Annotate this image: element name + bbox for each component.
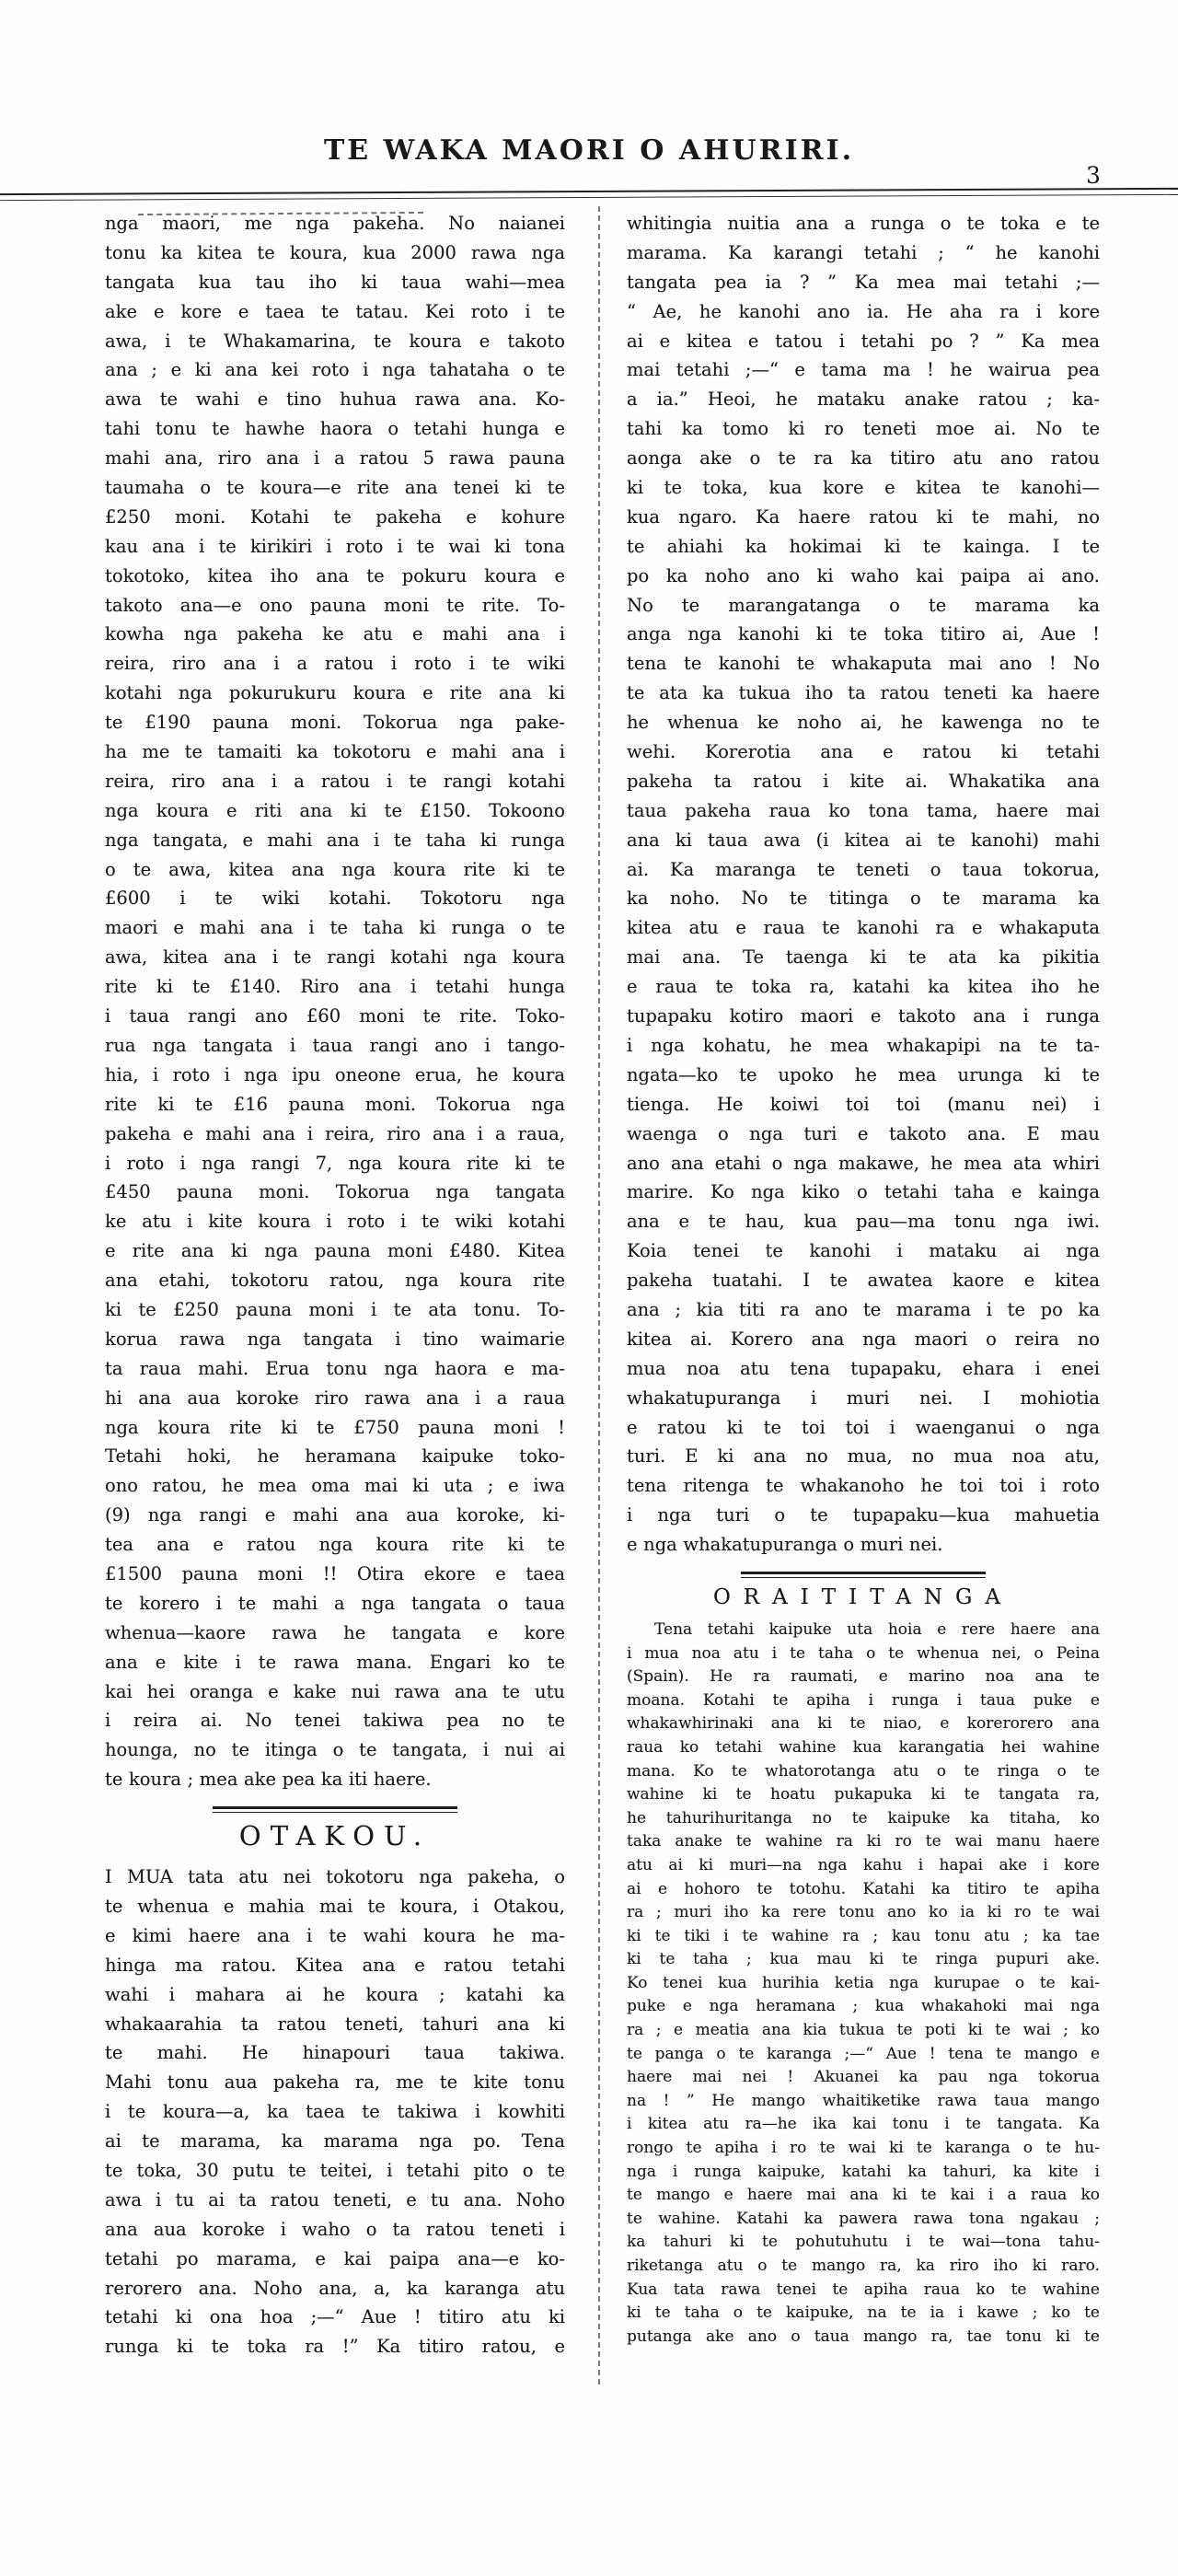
text-line: te korero i te mahi a nga tangata o taua xyxy=(105,1589,565,1619)
text-line: anga nga kanohi ki te toka titiro ai, Au… xyxy=(627,620,1100,649)
text-line: i reira ai. No tenei takiwa pea no te xyxy=(105,1706,565,1735)
text-line: “ Ae, he kanohi ano ia. He aha ra i kore xyxy=(627,297,1100,327)
text-line: kau ana i te kirikiri i roto i te wai ki… xyxy=(105,532,565,562)
text-line: ana aua koroke i waho o ta ratou teneti … xyxy=(105,2215,565,2245)
text-line: hounga, no te itinga o te tangata, i nui… xyxy=(105,1735,565,1765)
right-column: whitingia nuitia ana a runga o te toka e… xyxy=(627,209,1100,2349)
text-line: (9) nga rangi e mahi ana aua koroke, ki- xyxy=(105,1501,565,1530)
text-line: ka noho. No te titinga o te marama ka xyxy=(627,884,1100,913)
text-line: marire. Ko nga kiko o tetahi taha e kain… xyxy=(627,1178,1100,1207)
text-line: raua ko tetahi wahine kua karangatia hei… xyxy=(627,1736,1100,1760)
text-line: tena ritenga te whakanoho he toi toi i r… xyxy=(627,1471,1100,1501)
text-line: nga koura e riti ana ki te £150. Tokoono xyxy=(105,796,565,826)
text-line: ki te tiki i te wahine ra ; kau tonu atu… xyxy=(627,1925,1100,1949)
text-line: ngata—ko te upoko he mea urunga ki te xyxy=(627,1061,1100,1090)
text-line: ana e kite i te rawa mana. Engari ko te xyxy=(105,1648,565,1677)
text-line: ana etahi, tokotoru ratou, nga koura rit… xyxy=(105,1266,565,1295)
section-heading-otakou: OTAKOU. xyxy=(105,1820,565,1851)
text-line: nga koura rite ki te £750 pauna moni ! xyxy=(105,1413,565,1443)
text-line: nga i runga kaipuke, katahi ka tahuri, k… xyxy=(627,2161,1100,2185)
text-line: ki te taha o te kaipuke, na te ia i kawe… xyxy=(627,2302,1100,2326)
text-line: te mahi. He hinapouri taua takiwa. xyxy=(105,2038,565,2068)
newspaper-masthead: TE WAKA MAORI O AHURIRI. xyxy=(0,134,1178,167)
text-line: ke atu i kite koura i roto i te wiki kot… xyxy=(105,1207,565,1236)
text-line: awa, i te Whakamarina, te koura e takoto xyxy=(105,327,565,356)
text-line: aonga ake o te ra ka titiro atu ano rato… xyxy=(627,444,1100,473)
text-line: ake e kore e taea te tatau. Kei roto i t… xyxy=(105,297,565,327)
section-heading-oraititanga: ORAITITANGA xyxy=(627,1585,1100,1609)
text-line: pakeha tuatahi. I te awatea kaore e kite… xyxy=(627,1266,1100,1295)
text-line: ra ; muri iho ka rere tonu ano ko ia ki … xyxy=(627,1901,1100,1925)
text-line: ka tahuri ki te pohutuhutu i te wai—tona… xyxy=(627,2231,1100,2255)
gold-diggings-article: nga maori, me nga pakeha. No naianeitonu… xyxy=(105,209,565,1794)
section-divider-rule xyxy=(213,1806,457,1813)
text-line: te £190 pauna moni. Tokorua nga pake- xyxy=(105,708,565,737)
text-line: tienga. He koiwi toi toi (manu nei) i xyxy=(627,1090,1100,1120)
text-line: whakawhirinaki ana ki te niao, e koreror… xyxy=(627,1712,1100,1736)
text-line: £1500 pauna moni !! Otira ekore e taea xyxy=(105,1560,565,1589)
text-line: whakatupuranga i muri nei. I mohiotia xyxy=(627,1384,1100,1413)
text-line: korua rawa nga tangata i tino waimarie xyxy=(105,1325,565,1354)
text-line: e nga whakatupuranga o muri nei. xyxy=(627,1530,1100,1560)
text-line: i mua noa atu i te taha o te whenua nei,… xyxy=(627,1642,1100,1666)
text-line: moana. Kotahi te apiha i runga i taua pu… xyxy=(627,1689,1100,1713)
newspaper-page: { "page": { "masthead": "TE WAKA MAORI O… xyxy=(0,0,1178,2576)
text-line: ra ; e meatia ana kia tukua te poti ki t… xyxy=(627,2019,1100,2043)
text-line: tonu ka kitea te koura, kua 2000 rawa ng… xyxy=(105,238,565,268)
text-line: whenua—kaore rawa he tangata e kore xyxy=(105,1619,565,1648)
text-line: tupapaku kotiro maori e takoto ana i run… xyxy=(627,1002,1100,1031)
oraititanga-article: Tena tetahi kaipuke uta hoia e rere haer… xyxy=(627,1619,1100,2349)
text-line: kitea ai. Korero ana nga maori o reira n… xyxy=(627,1325,1100,1354)
text-line: o te awa, kitea ana nga koura rite ki te xyxy=(105,855,565,885)
text-line: £250 moni. Kotahi te pakeha e kohure xyxy=(105,503,565,532)
text-line: te panga o te karanga ;—“ Aue ! tena te … xyxy=(627,2043,1100,2067)
text-line: ki te toka, kua kore e kitea te kanohi— xyxy=(627,473,1100,503)
text-line: hinga ma ratou. Kitea ana e ratou tetahi xyxy=(105,1951,565,1980)
text-line: tetahi ki ona hoa ;—“ Aue ! titiro atu k… xyxy=(105,2303,565,2332)
text-line: ai e kitea e tatou i tetahi po ? ” Ka me… xyxy=(627,327,1100,356)
text-line: puke e nga heramana ; kua whakahoki mai … xyxy=(627,1995,1100,2019)
text-line: i roto i nga rangi 7, nga koura rite ki … xyxy=(105,1149,565,1178)
text-line: mahi ana, riro ana i a ratou 5 rawa paun… xyxy=(105,444,565,473)
text-line: rua nga tangata i taua rangi ano i tango… xyxy=(105,1031,565,1061)
text-line: taka anake te wahine ra ki ro te wai man… xyxy=(627,1830,1100,1854)
text-line: i nga kohatu, he mea whakapipi na te ta- xyxy=(627,1031,1100,1061)
text-line: runga ki te toka ra !” Ka titiro ratou, … xyxy=(105,2332,565,2361)
text-line: marama. Ka karangi tetahi ; “ he kanohi xyxy=(627,238,1100,268)
text-line: ano ana etahi o nga makawe, he mea ata w… xyxy=(627,1149,1100,1178)
text-line: ki te £250 pauna moni i te ata tonu. To- xyxy=(105,1295,565,1325)
text-line: te whenua e mahia mai te koura, i Otakou… xyxy=(105,1892,565,1921)
text-line: ai. Ka maranga te teneti o taua tokorua, xyxy=(627,855,1100,885)
text-line: na ! ” He mango whaitiketike rawa taua m… xyxy=(627,2090,1100,2114)
text-line: e ratou ki te toi toi i waenganui o nga xyxy=(627,1413,1100,1443)
text-line: tahi ka tomo ki ro teneti moe ai. No te xyxy=(627,414,1100,444)
text-line: I MUA tata atu nei tokotoru nga pakeha, … xyxy=(105,1862,565,1892)
text-line: haere mai nei ! Akuanei ka pau nga tokor… xyxy=(627,2066,1100,2090)
text-line: pakeha ta ratou i kite ai. Whakatika ana xyxy=(627,767,1100,796)
text-line: ki te taha ; kua mau ki te ringa pupuri … xyxy=(627,1948,1100,1972)
text-line: awa, kitea ana i te rangi kotahi nga kou… xyxy=(105,943,565,972)
text-line: atu ai ki muri—na nga kahu i hapai ake i… xyxy=(627,1854,1100,1878)
text-line: Ko tenei kua hurihia ketia nga kurupae o… xyxy=(627,1972,1100,1996)
text-line: rongo te apiha i ro te wai ki te karanga… xyxy=(627,2137,1100,2161)
text-line: wahi i mahara ai he koura ; katahi ka xyxy=(105,1980,565,2010)
text-line: ai te marama, ka marama nga po. Tena xyxy=(105,2127,565,2156)
text-line: tangata pea ia ? ” Ka mea mai tetahi ;— xyxy=(627,268,1100,297)
text-line: whitingia nuitia ana a runga o te toka e… xyxy=(627,209,1100,238)
text-line: taua pakeha raua ko tona tama, haere mai xyxy=(627,796,1100,826)
section-divider-rule xyxy=(741,1572,986,1578)
text-line: i taua rangi ano £60 moni te rite. Toko- xyxy=(105,1002,565,1031)
text-line: kai hei oranga e kake nui rawa ana te ut… xyxy=(105,1677,565,1707)
text-line: tetahi po marama, e kai paipa ana—e ko- xyxy=(105,2245,565,2274)
text-line: he whenua ke noho ai, he kawenga no te xyxy=(627,708,1100,737)
ghost-story-article: whitingia nuitia ana a runga o te toka e… xyxy=(627,209,1100,1560)
text-line: rerorero ana. Noho ana, a, ka karanga at… xyxy=(105,2274,565,2303)
text-line: pakeha e mahi ana i reira, riro ana i a … xyxy=(105,1120,565,1149)
text-line: i nga turi o te tupapaku—kua mahuetia xyxy=(627,1501,1100,1530)
text-line: kotahi nga pokurukuru koura e rite ana k… xyxy=(105,679,565,708)
text-line: turi. E ki ana no mua, no mua noa atu, xyxy=(627,1442,1100,1471)
text-line: ana e te hau, kua pau—ma tonu nga iwi. xyxy=(627,1207,1100,1236)
text-line: putanga ake ano o taua mango ra, tae ton… xyxy=(627,2326,1100,2350)
text-line: tangata kua tau iho ki taua wahi—mea xyxy=(105,268,565,297)
text-line: £600 i te wiki kotahi. Tokotoru nga xyxy=(105,884,565,913)
text-line: mua noa atu tena tupapaku, ehara i enei xyxy=(627,1354,1100,1384)
text-line: e kimi haere ana i te wahi koura he ma- xyxy=(105,1921,565,1951)
otakou-article: I MUA tata atu nei tokotoru nga pakeha, … xyxy=(105,1862,565,2361)
column-divider-rule xyxy=(598,206,600,2385)
text-line: hi ana aua koroke riro rawa ana i a raua xyxy=(105,1384,565,1413)
text-line: po ka noho ano ki waho kai paipa ai ano. xyxy=(627,562,1100,591)
text-line: taumaha o te koura—e rite ana tenei ki t… xyxy=(105,473,565,503)
text-line: mai tetahi ;—“ e tama ma ! he wairua pea xyxy=(627,355,1100,385)
text-line: te wahine. Katahi ka pawera rawa tona ng… xyxy=(627,2208,1100,2232)
text-line: mana. Ko te whatorotanga atu o te ringa … xyxy=(627,1760,1100,1784)
text-line: rite ki te £140. Riro ana i tetahi hunga xyxy=(105,972,565,1002)
text-line: maori e mahi ana i te taha ki runga o te xyxy=(105,913,565,943)
text-line: whakaarahia ta ratou teneti, tahuri ana … xyxy=(105,2010,565,2039)
text-line: te ata ka tukua iho ta ratou teneti ka h… xyxy=(627,679,1100,708)
text-line: tea ana e ratou nga koura rite ki te xyxy=(105,1530,565,1560)
text-line: ana ; kia titi ra ano te marama i te po … xyxy=(627,1295,1100,1325)
text-line: e rite ana ki nga pauna moni £480. Kitea xyxy=(105,1236,565,1266)
text-line: a ia.” Heoi, he mataku anake ratou ; ka- xyxy=(627,385,1100,414)
text-line: takoto ana—e ono pauna moni te rite. To- xyxy=(105,591,565,621)
text-line: ana ki taua awa (i kitea ai te kanohi) m… xyxy=(627,826,1100,855)
text-line: wahine ki te hoatu pukapuka ki te tangat… xyxy=(627,1783,1100,1807)
text-line: Tena tetahi kaipuke uta hoia e rere haer… xyxy=(627,1619,1100,1642)
text-line: Koia tenei te kanohi i mataku ai nga xyxy=(627,1236,1100,1266)
text-line: £450 pauna moni. Tokorua nga tangata xyxy=(105,1178,565,1207)
text-line: kowha nga pakeha ke atu e mahi ana i xyxy=(105,620,565,649)
text-line: tokotoko, kitea iho ana te pokuru koura … xyxy=(105,562,565,591)
text-line: wehi. Korerotia ana e ratou ki tetahi xyxy=(627,737,1100,767)
text-line: te koura ; mea ake pea ka iti haere. xyxy=(105,1765,565,1794)
text-line: tena te kanohi te whakaputa mai ano ! No xyxy=(627,649,1100,679)
text-line: hia, i roto i nga ipu oneone erua, he ko… xyxy=(105,1061,565,1090)
text-line: reira, riro ana i a ratou i roto i te wi… xyxy=(105,649,565,679)
text-line: ono ratou, he mea oma mai ki uta ; e iwa xyxy=(105,1471,565,1501)
text-line: tahi tonu te hawhe haora o tetahi hunga … xyxy=(105,414,565,444)
text-line: rite ki te £16 pauna moni. Tokorua nga xyxy=(105,1090,565,1120)
text-line: ai e hohoro te totohu. Katahi ka titiro … xyxy=(627,1878,1100,1902)
masthead-rule xyxy=(0,188,1178,201)
text-line: kua ngaro. Ka haere ratou ki te mahi, no xyxy=(627,503,1100,532)
text-line: i te koura—a, ka taea te takiwa i kowhit… xyxy=(105,2097,565,2127)
text-line: nga maori, me nga pakeha. No naianei xyxy=(105,209,565,238)
text-line: te mango e haere mai ana ki te kai i a r… xyxy=(627,2184,1100,2208)
text-line: awa i tu ai ta ratou teneti, e tu ana. N… xyxy=(105,2186,565,2215)
text-line: mai ana. Te taenga ki te ata ka pikitia xyxy=(627,943,1100,972)
text-line: (Spain). He ra raumati, e marino noa ana… xyxy=(627,1665,1100,1689)
text-line: he tahurihuritanga no te kaipuke ka tita… xyxy=(627,1807,1100,1831)
text-line: i kitea atu ra—he ika kai tonu i te tang… xyxy=(627,2113,1100,2137)
left-column: nga maori, me nga pakeha. No naianeitonu… xyxy=(105,209,565,2361)
text-line: reira, riro ana i a ratou i te rangi kot… xyxy=(105,767,565,796)
text-line: No te marangatanga o te marama ka xyxy=(627,591,1100,621)
text-line: riketanga atu o te mango ra, ka riro iho… xyxy=(627,2255,1100,2279)
text-line: kitea atu e raua te kanohi ra e whakaput… xyxy=(627,913,1100,943)
text-line: ana ; e ki ana kei roto i nga tahataha o… xyxy=(105,355,565,385)
text-line: Kua tata rawa tenei te apiha raua ko te … xyxy=(627,2279,1100,2303)
text-line: Mahi tonu aua pakeha ra, me te kite tonu xyxy=(105,2068,565,2097)
text-line: ha me te tamaiti ka tokotoru e mahi ana … xyxy=(105,737,565,767)
text-line: Tetahi hoki, he heramana kaipuke toko- xyxy=(105,1442,565,1471)
text-line: te ahiahi ka hokimai ki te kainga. I te xyxy=(627,532,1100,562)
text-line: awa te wahi e tino huhua rawa ana. Ko- xyxy=(105,385,565,414)
page-number: 3 xyxy=(1086,162,1101,189)
text-line: waenga o nga turi e takoto ana. E mau xyxy=(627,1120,1100,1149)
text-line: ta raua mahi. Erua tonu nga haora e ma- xyxy=(105,1354,565,1384)
text-line: te toka, 30 putu te teitei, i tetahi pit… xyxy=(105,2156,565,2186)
text-line: nga tangata, e mahi ana i te taha ki run… xyxy=(105,826,565,855)
text-line: e raua te toka ra, katahi ka kitea iho h… xyxy=(627,972,1100,1002)
